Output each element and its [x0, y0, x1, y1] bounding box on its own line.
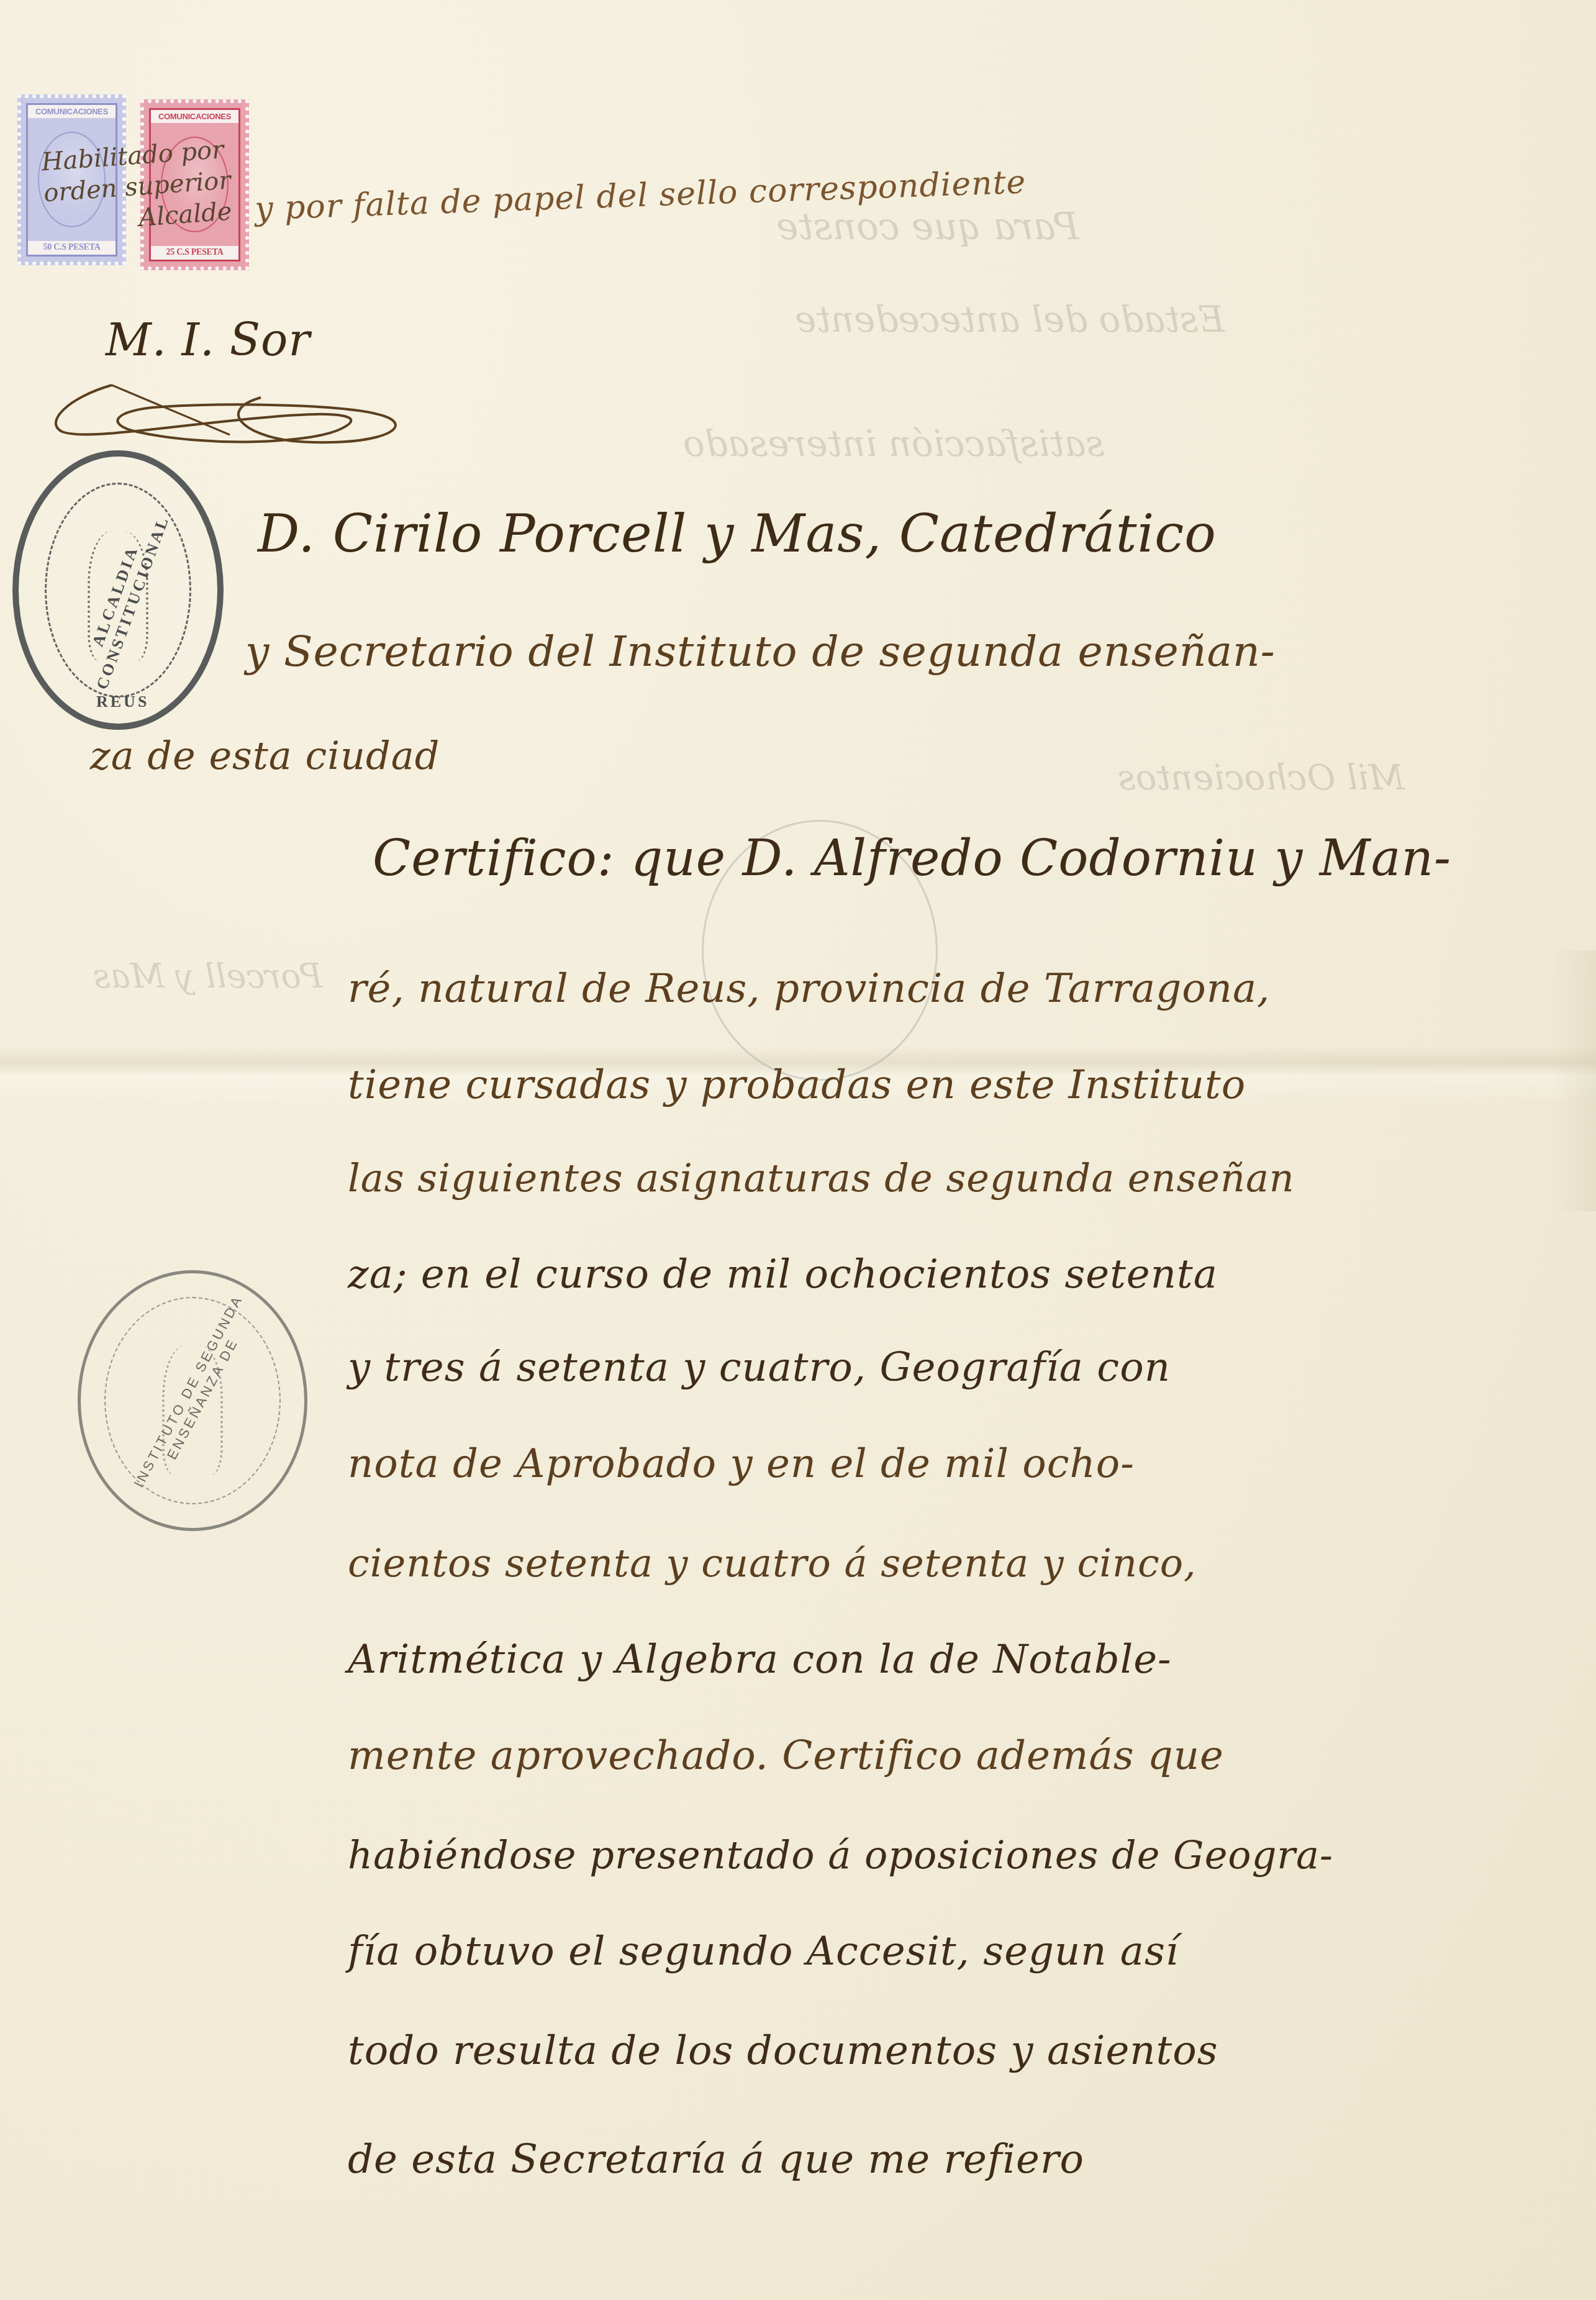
stamp-top-label: COMUNICACIONES — [151, 110, 238, 123]
bleed-through-text: Porcell y Mas — [93, 957, 322, 996]
instituto-seal: INSTITUTO DE SEGUNDA ENSEÑANZA DE — [78, 1270, 307, 1531]
bleed-through-text: Mil Ochocientos — [1118, 758, 1404, 798]
stamp-value-label: 50 C.S PESETA — [28, 241, 116, 255]
body-line: y Secretario del Instituto de segunda en… — [245, 627, 1276, 676]
stamp-value-label: 25 C.S PESETA — [151, 246, 238, 260]
alcaldia-seal: ALCALDIA CONSTITUCIONAL REUS — [12, 450, 224, 730]
flourish-ornament — [43, 373, 416, 453]
paper-fold-shadow — [1553, 950, 1596, 1211]
body-line: y tres á setenta y cuatro, Geografía con — [348, 1345, 1171, 1391]
body-line: Certifico: que D. Alfredo Codorniu y Man… — [373, 829, 1451, 887]
bleed-through-text: Estado del antecedente — [795, 298, 1225, 340]
body-line: Aritmética y Algebra con la de Notable- — [348, 1637, 1172, 1683]
stamp-top-label: COMUNICACIONES — [28, 105, 116, 118]
bleed-through-text: Para que conste — [776, 205, 1079, 248]
body-line: za; en el curso de mil ochocientos seten… — [348, 1252, 1218, 1298]
salutation: M. I. Sor — [106, 314, 311, 366]
body-line: cientos setenta y cuatro á setenta y cin… — [348, 1540, 1197, 1586]
body-line: habiéndose presentado á oposiciones de G… — [348, 1832, 1333, 1878]
seal-bottom-text: REUS — [96, 693, 149, 711]
body-line: mente aprovechado. Certifico además que — [348, 1733, 1224, 1779]
body-line: de esta Secretaría á que me refiero — [348, 2137, 1084, 2183]
certificate-page: Para que conste Estado del antecedente s… — [0, 0, 1596, 2300]
stamp-manuscript-cancel: Habilitado por orden superior Alcalde — [40, 133, 252, 240]
body-line: za de esta ciudad — [90, 733, 440, 778]
body-line: nota de Aprobado y en el de mil ocho- — [348, 1441, 1135, 1487]
body-line: D. Cirilo Porcell y Mas, Catedrático — [258, 503, 1217, 564]
bleed-through-text: satisfacción interesado — [683, 422, 1104, 465]
body-line: ré, natural de Reus, provincia de Tarrag… — [348, 966, 1270, 1012]
body-line: las siguientes asignaturas de segunda en… — [348, 1155, 1295, 1201]
body-line: todo resulta de los documentos y asiento… — [348, 2028, 1218, 2074]
body-line: fía obtuvo el segundo Accesit, segun así — [348, 1929, 1179, 1975]
body-line: tiene cursadas y probadas en este Instit… — [348, 1062, 1246, 1108]
